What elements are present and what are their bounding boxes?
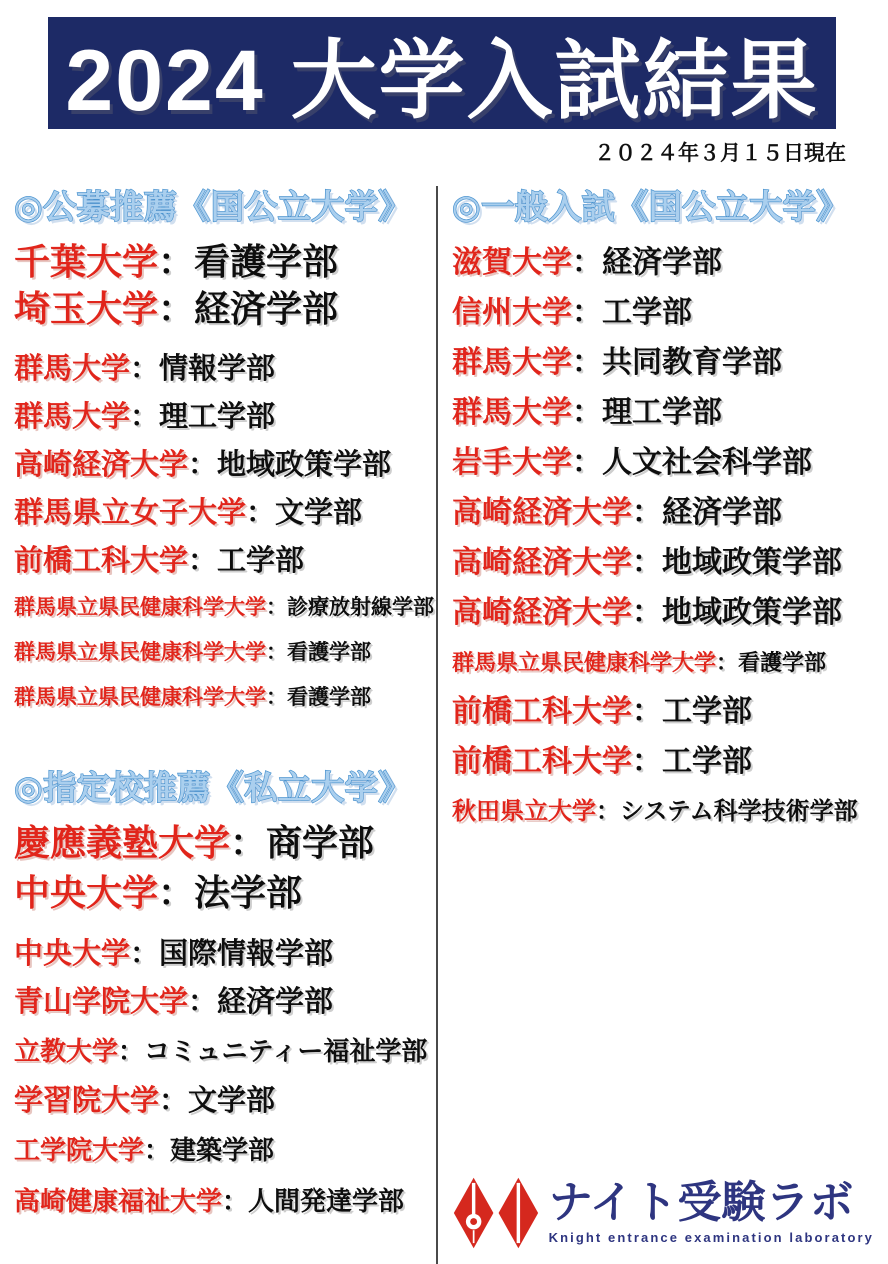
result-row: 青山学院大学：経済学部 xyxy=(14,978,434,1026)
colon-separator: ： xyxy=(266,686,287,709)
title-banner: 2024 大学入試結果 xyxy=(48,17,836,129)
result-row: 前橋工科大学：工学部 xyxy=(452,737,880,787)
university-name: 群馬大学 xyxy=(14,401,130,433)
department-name: 経済学部 xyxy=(662,496,782,529)
university-name: 高崎経済大学 xyxy=(452,596,632,629)
colon-separator: ： xyxy=(596,798,620,825)
department-name: 法学部 xyxy=(194,872,302,913)
result-row: 工学院大学：建築学部 xyxy=(14,1125,434,1176)
colon-separator: ： xyxy=(130,353,159,385)
department-name: 看護学部 xyxy=(287,641,371,664)
department-name: 情報学部 xyxy=(159,353,275,385)
result-row: 高崎経済大学：地域政策学部 xyxy=(452,538,880,588)
results-list-kobo-suisen: 千葉大学：看護学部 埼玉大学：経済学部 群馬大学：情報学部 群馬大学：理工学部 … xyxy=(14,238,434,720)
colon-separator: ： xyxy=(572,246,602,279)
colon-separator: ： xyxy=(572,346,602,379)
results-list-shiteiko-suisen: 慶應義塾大学：商学部 中央大学：法学部 中央大学：国際情報学部 青山学院大学：経… xyxy=(14,818,434,1227)
colon-separator: ： xyxy=(188,986,217,1018)
result-row: 滋賀大学：経済学部 xyxy=(452,238,880,288)
result-row: 前橋工科大学：工学部 xyxy=(14,537,434,585)
university-name: 秋田県立大学 xyxy=(452,798,596,825)
result-row: 群馬県立女子大学：文学部 xyxy=(14,489,434,537)
colon-separator: ： xyxy=(144,1135,170,1165)
result-row: 群馬大学：情報学部 xyxy=(14,345,434,393)
colon-separator: ： xyxy=(188,449,217,481)
section-heading-shiteiko-suisen: ◎指定校推薦《私立大学》 xyxy=(14,766,434,811)
knight-lab-logo: ナイト受験ラボ Knight entrance examination labo… xyxy=(453,1174,874,1252)
colon-separator: ： xyxy=(632,496,662,529)
result-row: 群馬大学：理工学部 xyxy=(452,388,880,438)
university-name: 高崎経済大学 xyxy=(14,449,188,481)
colon-separator: ： xyxy=(572,296,602,329)
department-name: 人間発達学部 xyxy=(248,1186,404,1216)
department-name: 経済学部 xyxy=(602,246,722,279)
university-name: 前橋工科大学 xyxy=(14,545,188,577)
university-name: 前橋工科大学 xyxy=(452,745,632,778)
department-name: 理工学部 xyxy=(159,401,275,433)
colon-separator: ： xyxy=(158,241,194,282)
result-row: 群馬大学：理工学部 xyxy=(14,393,434,441)
result-row: 群馬県立県民健康科学大学：看護学部 xyxy=(452,638,880,687)
colon-separator: ： xyxy=(572,446,602,479)
colon-separator: ： xyxy=(222,1186,248,1216)
department-name: 共同教育学部 xyxy=(602,346,782,379)
logo-tagline: Knight entrance examination laboratory xyxy=(549,1230,874,1245)
department-name: システム科学技術学部 xyxy=(620,798,858,825)
university-name: 信州大学 xyxy=(452,296,572,329)
university-name: 工学院大学 xyxy=(14,1135,144,1165)
university-name: 青山学院大学 xyxy=(14,986,188,1018)
department-name: 看護学部 xyxy=(194,241,338,282)
poster-title: 2024 大学入試結果 xyxy=(65,11,818,135)
result-row: 群馬県立県民健康科学大学：看護学部 xyxy=(14,675,434,720)
section-shiteiko-suisen: ◎指定校推薦《私立大学》 慶應義塾大学：商学部 中央大学：法学部 中央大学：国際… xyxy=(14,766,434,1228)
colon-separator: ： xyxy=(158,288,194,329)
department-name: 地域政策学部 xyxy=(217,449,391,481)
colon-separator: ： xyxy=(716,650,738,675)
department-name: 工学部 xyxy=(602,296,692,329)
department-name: 診療放射線学部 xyxy=(287,596,434,619)
result-row: 秋田県立大学：システム科学技術学部 xyxy=(452,787,880,837)
university-name: 群馬県立県民健康科学大学 xyxy=(14,686,266,709)
colon-separator: ： xyxy=(230,822,266,863)
result-row: 学習院大学：文学部 xyxy=(14,1077,434,1125)
colon-separator: ： xyxy=(632,546,662,579)
colon-separator: ： xyxy=(246,497,275,529)
university-name: 中央大学 xyxy=(14,872,158,913)
university-name: 高崎経済大学 xyxy=(452,496,632,529)
university-name: 中央大学 xyxy=(14,938,130,970)
university-name: 群馬県立県民健康科学大学 xyxy=(14,596,266,619)
section-heading-kobo-suisen: ◎公募推薦《国公立大学》 xyxy=(14,185,434,230)
result-row: 信州大学：工学部 xyxy=(452,288,880,338)
logo-text-block: ナイト受験ラボ Knight entrance examination labo… xyxy=(549,1181,874,1245)
colon-separator: ： xyxy=(266,641,287,664)
university-name: 岩手大学 xyxy=(452,446,572,479)
university-name: 群馬県立女子大学 xyxy=(14,497,246,529)
university-name: 千葉大学 xyxy=(14,241,158,282)
colon-separator: ： xyxy=(159,1085,188,1117)
department-name: 看護学部 xyxy=(287,686,371,709)
result-row: 高崎経済大学：地域政策学部 xyxy=(452,588,880,638)
university-name: 群馬大学 xyxy=(452,396,572,429)
result-row: 立教大学：コミュニティー福祉学部 xyxy=(14,1026,434,1077)
department-name: 工学部 xyxy=(662,745,752,778)
department-name: 国際情報学部 xyxy=(159,938,333,970)
university-name: 埼玉大学 xyxy=(14,288,158,329)
colon-separator: ： xyxy=(632,695,662,728)
result-row: 中央大学：国際情報学部 xyxy=(14,930,434,978)
right-column: ◎一般入試《国公立大学》 滋賀大学：経済学部 信州大学：工学部 群馬大学：共同教… xyxy=(452,185,880,837)
university-name: 慶應義塾大学 xyxy=(14,822,230,863)
colon-separator: ： xyxy=(118,1036,144,1066)
result-row: 高崎経済大学：地域政策学部 xyxy=(14,441,434,489)
section-kobo-suisen: ◎公募推薦《国公立大学》 千葉大学：看護学部 埼玉大学：経済学部 群馬大学：情報… xyxy=(14,185,434,720)
department-name: 文学部 xyxy=(188,1085,275,1117)
section-heading-ippan-nyushi: ◎一般入試《国公立大学》 xyxy=(452,185,880,230)
department-name: 経済学部 xyxy=(217,986,333,1018)
result-row: 群馬県立県民健康科学大学：看護学部 xyxy=(14,630,434,675)
university-name: 高崎経済大学 xyxy=(452,546,632,579)
date-note: ２０２４年３月１５日現在 xyxy=(594,137,846,167)
result-row: 岩手大学：人文社会科学部 xyxy=(452,438,880,488)
section-ippan-nyushi: ◎一般入試《国公立大学》 滋賀大学：経済学部 信州大学：工学部 群馬大学：共同教… xyxy=(452,185,880,837)
colon-separator: ： xyxy=(130,938,159,970)
department-name: 看護学部 xyxy=(738,650,826,675)
department-name: 地域政策学部 xyxy=(662,596,842,629)
department-name: 地域政策学部 xyxy=(662,546,842,579)
department-name: 商学部 xyxy=(266,822,374,863)
colon-separator: ： xyxy=(130,401,159,433)
university-name: 前橋工科大学 xyxy=(452,695,632,728)
results-list-ippan-nyushi: 滋賀大学：経済学部 信州大学：工学部 群馬大学：共同教育学部 群馬大学：理工学部… xyxy=(452,238,880,837)
colon-separator: ： xyxy=(572,396,602,429)
result-row: 慶應義塾大学：商学部 xyxy=(14,818,434,868)
left-column: ◎公募推薦《国公立大学》 千葉大学：看護学部 埼玉大学：経済学部 群馬大学：情報… xyxy=(14,185,434,1227)
colon-separator: ： xyxy=(632,596,662,629)
result-row: 中央大学：法学部 xyxy=(14,868,434,918)
logo-name: ナイト受験ラボ xyxy=(549,1181,874,1225)
result-row: 千葉大学：看護学部 xyxy=(14,238,434,286)
university-name: 立教大学 xyxy=(14,1036,118,1066)
department-name: 工学部 xyxy=(217,545,304,577)
university-name: 高崎健康福祉大学 xyxy=(14,1186,222,1216)
result-row: 埼玉大学：経済学部 xyxy=(14,285,434,333)
result-row: 群馬大学：共同教育学部 xyxy=(452,338,880,388)
result-row: 前橋工科大学：工学部 xyxy=(452,687,880,737)
department-name: 経済学部 xyxy=(194,288,338,329)
university-name: 群馬県立県民健康科学大学 xyxy=(452,650,716,675)
department-name: 人文社会科学部 xyxy=(602,446,812,479)
pen-nib-diamonds-icon xyxy=(453,1174,539,1252)
university-name: 群馬大学 xyxy=(14,353,130,385)
colon-separator: ： xyxy=(188,545,217,577)
result-row: 高崎健康福祉大学：人間発達学部 xyxy=(14,1176,434,1227)
department-name: 建築学部 xyxy=(170,1135,274,1165)
result-row: 群馬県立県民健康科学大学：診療放射線学部 xyxy=(14,585,434,630)
department-name: 工学部 xyxy=(662,695,752,728)
department-name: 文学部 xyxy=(275,497,362,529)
column-divider xyxy=(436,186,438,1264)
department-name: コミュニティー福祉学部 xyxy=(144,1036,427,1066)
university-name: 滋賀大学 xyxy=(452,246,572,279)
department-name: 理工学部 xyxy=(602,396,722,429)
colon-separator: ： xyxy=(632,745,662,778)
colon-separator: ： xyxy=(158,872,194,913)
university-name: 学習院大学 xyxy=(14,1085,159,1117)
university-name: 群馬大学 xyxy=(452,346,572,379)
university-name: 群馬県立県民健康科学大学 xyxy=(14,641,266,664)
colon-separator: ： xyxy=(266,596,287,619)
result-row: 高崎経済大学：経済学部 xyxy=(452,488,880,538)
